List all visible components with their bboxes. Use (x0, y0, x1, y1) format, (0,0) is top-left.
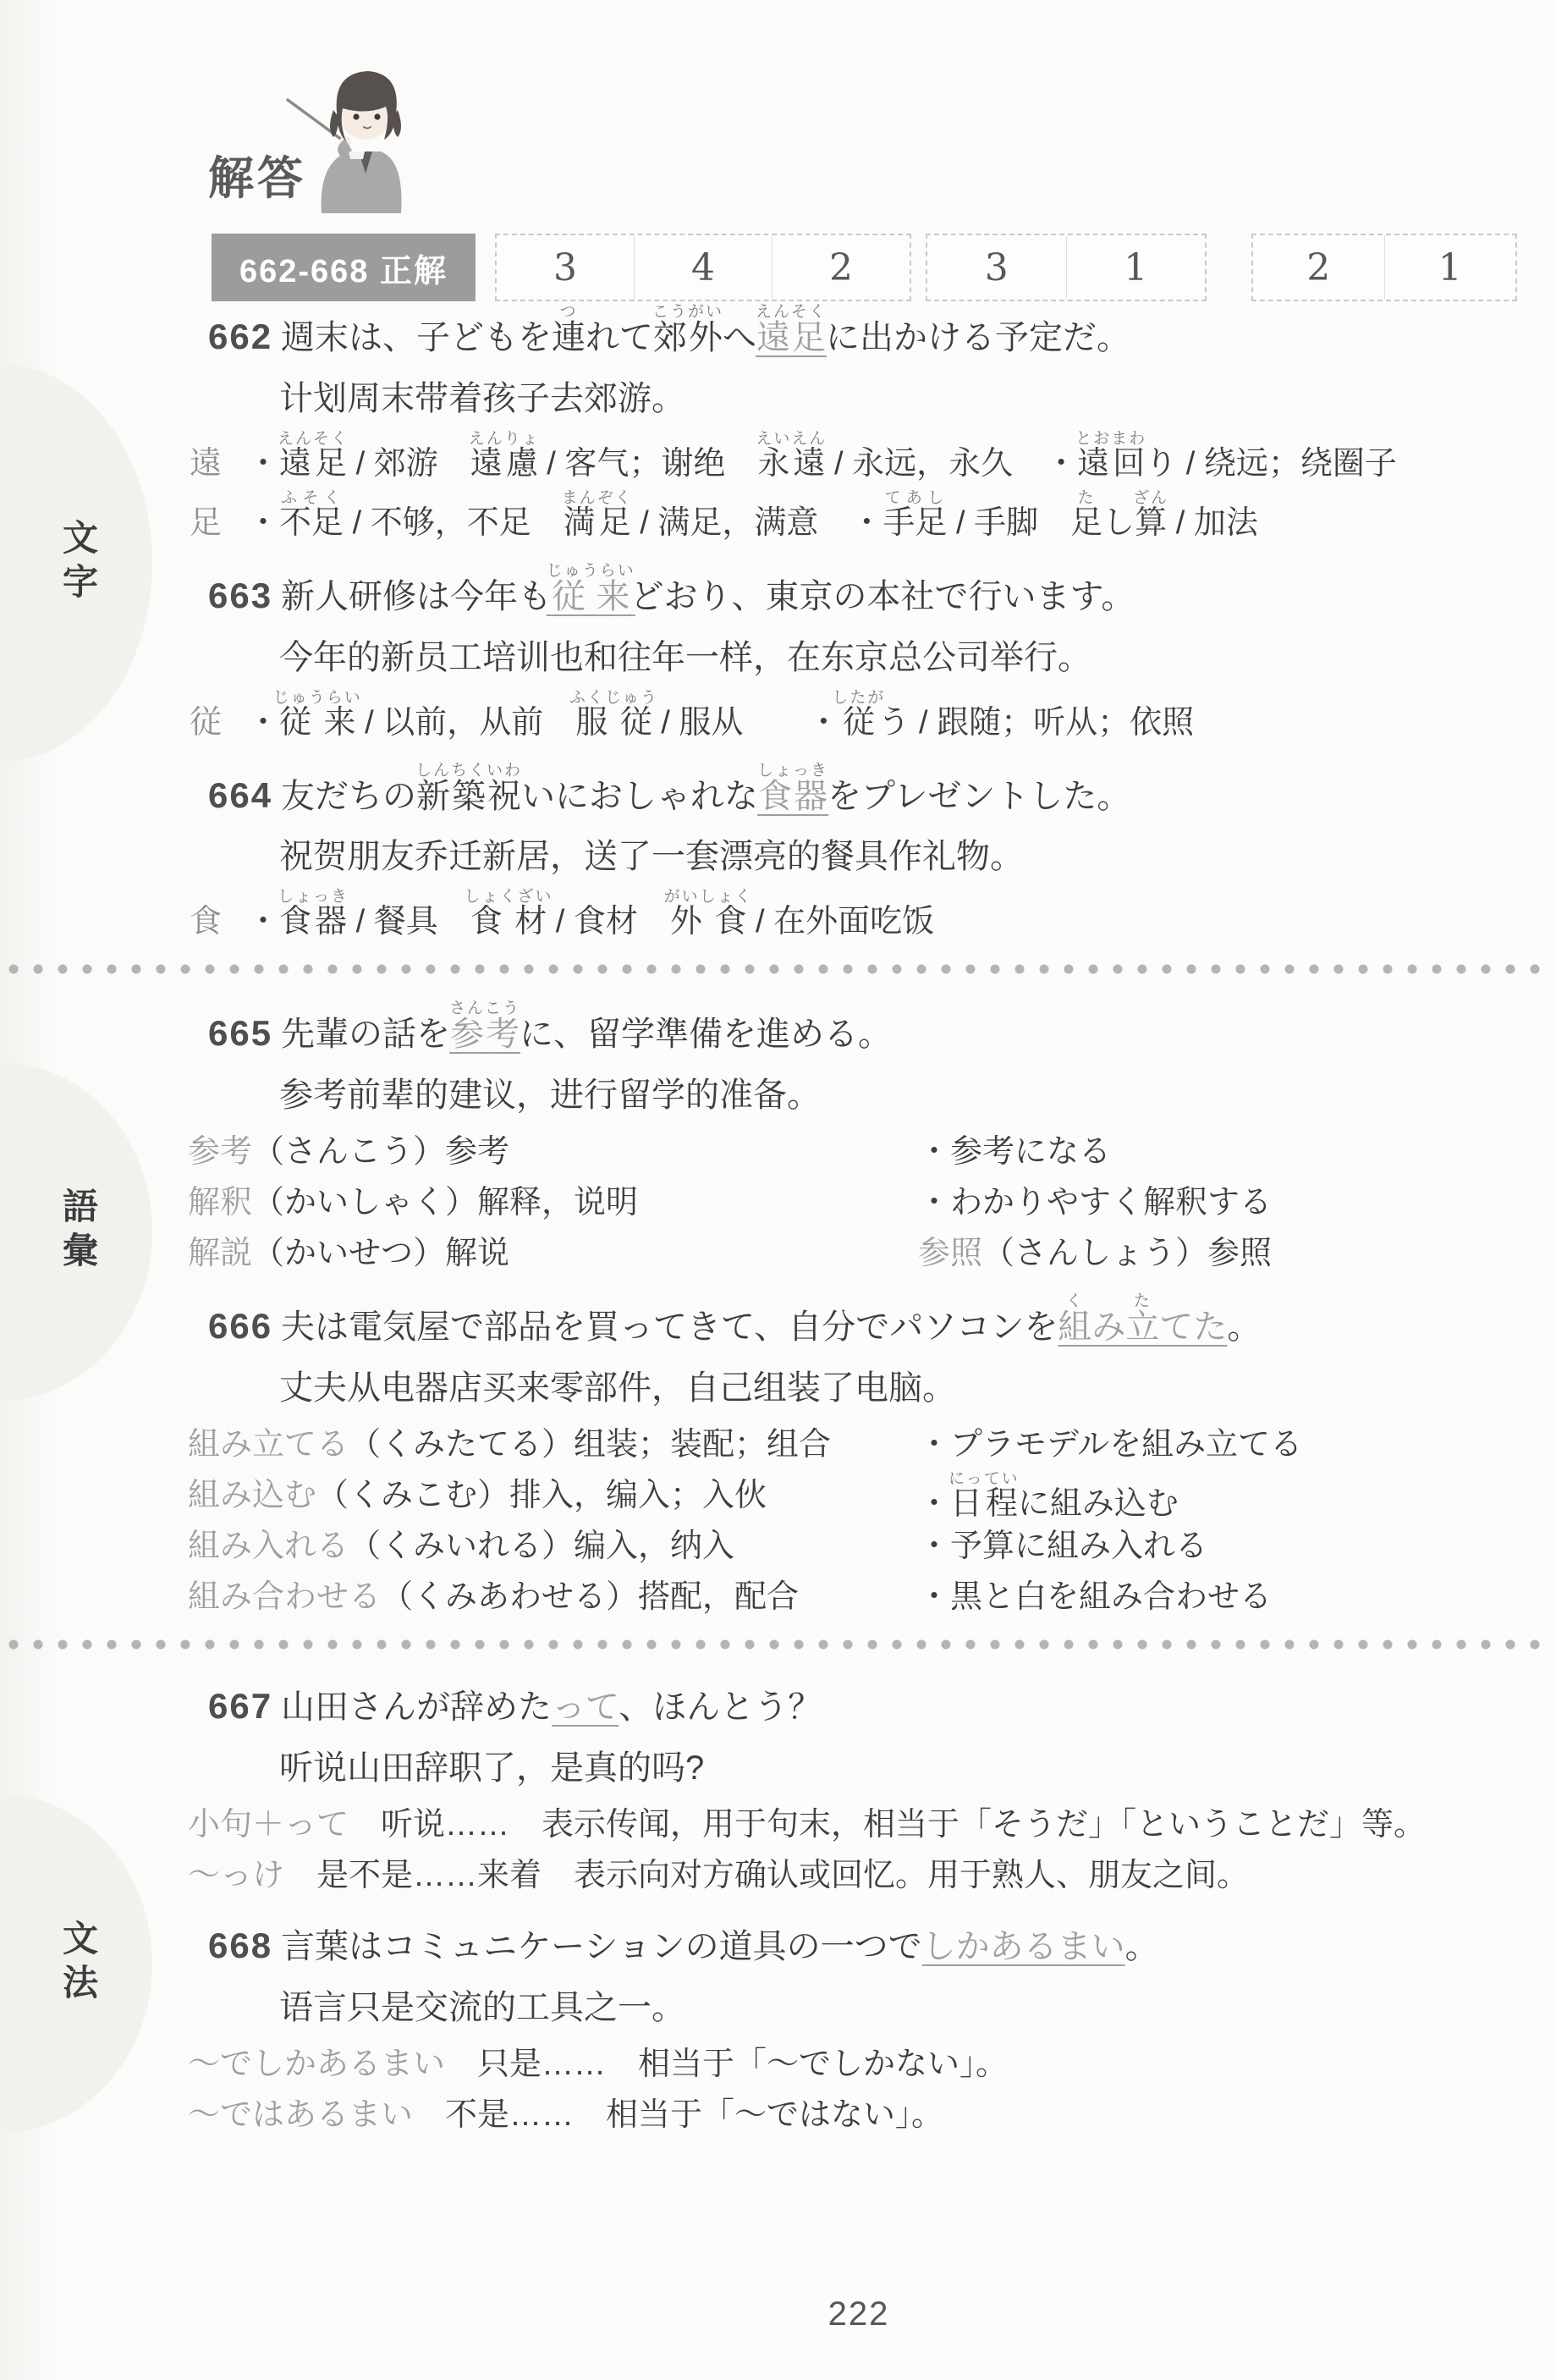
translation-line: 参考前辈的建议，进行留学的准备。 (0, 1074, 1556, 1116)
ruby-word: 従来じゅうらい (279, 705, 356, 741)
text-segment: う / 跟随；听从；依照 (877, 705, 1194, 741)
answer-word: 食器しょっき (758, 778, 827, 815)
vocab-head-char: 食 (190, 896, 222, 947)
text-segment: （くみいれる）编入，纳入 (349, 1529, 734, 1564)
text-segment: 听说…… 表示传闻，用于句末，相当于「そうだ」「ということだ」等。 (349, 1807, 1426, 1843)
answer-word: 従来じゅうらい (552, 578, 630, 615)
text-segment: れて (586, 319, 653, 356)
dotted-separator (8, 1639, 1544, 1650)
answer-cell: 2 (1253, 235, 1384, 300)
ruby-word: 満足まんぞく (564, 505, 631, 541)
vocab-row: 組み立てる（くみたてる）组装；装配；组合・プラモデルを組み立てる (0, 1419, 1556, 1470)
text-segment: 山田さんが辞めた (281, 1689, 552, 1726)
text-segment: / 加法 (1167, 505, 1258, 541)
ruby-word: 郊外こうがい (653, 319, 723, 356)
question-number: 668 (208, 1914, 281, 1978)
vocab-row: 〜ではあるまい 不是…… 相当于「〜ではない」。 (0, 2090, 1556, 2140)
ruby-word: 日程にってい (950, 1486, 1018, 1522)
text-segment: （さんしょう）参照 (982, 1236, 1272, 1271)
ruby-word: 新築祝しんちくいわ (416, 778, 521, 815)
text-segment: / 餐具 (347, 904, 470, 939)
text-segment: 週末は、子どもを (281, 319, 552, 356)
vocab-items: ・食器しょっき / 餐具 食材しょくざい / 食材 外食がいしょく / 在外面吃… (247, 904, 934, 939)
text-segment: ・わかりやすく解釈する (918, 1185, 1272, 1220)
vocab-items: 〜ではあるまい 不是…… 相当于「〜ではない」。 (188, 2097, 943, 2133)
answer-word: って (552, 1689, 619, 1726)
ruby-word: 連つ (552, 319, 586, 356)
text-segment: 〜ではあるまい (188, 2097, 413, 2133)
question-666: 666夫は電気屋で部品を買ってきて、自分でパソコンを組くみ立たてた。丈夫从电器店… (0, 1292, 1556, 1622)
vocab-items: 参考（さんこう）参考 (188, 1134, 509, 1170)
vocab-row: 組み入れる（くみいれる）编入，纳入・予算に組み入れる (0, 1521, 1556, 1572)
question-662: 662週末は、子どもを連つれて郊外こうがいへ遠足えんそくに出かける予定だ。计划周… (0, 303, 1556, 548)
ruby-word: 従したが (839, 705, 877, 741)
vocab-row: 〜でしかあるまい 只是…… 相当于「〜でしかない」。 (0, 2039, 1556, 2090)
answer-cell: 3 (927, 235, 1066, 300)
vocab-items: 解説（かいせつ）解说 (188, 1236, 509, 1271)
ruby-word: 永遠えいえん (757, 446, 825, 482)
text-segment: / 不够，不足 (344, 505, 564, 541)
text-segment: 、ほんとう？ (619, 1689, 822, 1726)
question-number: 664 (208, 764, 281, 828)
ruby-word: 算ざん (1135, 505, 1167, 541)
text-segment: / 满足，满意 ・ (631, 505, 883, 541)
vocab-row: 遠・遠足えんそく / 郊游 遠慮えんりょ / 客气；谢绝 永遠えいえん / 永远… (0, 430, 1556, 489)
page-number: 222 (795, 2295, 922, 2333)
vocab-row: 参考（さんこう）参考・参考になる (0, 1127, 1556, 1177)
question-number: 663 (208, 565, 281, 628)
vocab-row: 小句＋って 听说…… 表示传闻，用于句末，相当于「そうだ」「ということだ」等。 (0, 1799, 1556, 1850)
text-segment: 解説 (188, 1236, 252, 1271)
text-segment: 〜でしかあるまい (188, 2047, 445, 2082)
vocab-row: 解説（かいせつ）解说参照（さんしょう）参照 (0, 1228, 1556, 1279)
text-segment: / 以前，从前 (356, 705, 576, 741)
text-segment: 参照 (918, 1236, 982, 1271)
vocab-items-right: ・わかりやすく解釈する (918, 1177, 1272, 1228)
vocab-items-right: ・プラモデルを組み立てる (918, 1419, 1302, 1470)
ruby-word: 遠足えんそく (279, 446, 347, 482)
answer-cell: 3 (497, 235, 634, 300)
text-segment: （かいせつ）解说 (252, 1236, 509, 1271)
content-column: 662週末は、子どもを連つれて郊外こうがいへ遠足えんそくに出かける予定だ。计划周… (0, 303, 1556, 2154)
vocab-row: 組み込む（くみこむ）排入，编入；入伙・日程にっていに組み込む (0, 1470, 1556, 1521)
text-segment: （くみこむ）排入，编入；入伙 (316, 1478, 767, 1513)
vocab-items: ・不足ふそく / 不够，不足 満足まんぞく / 满足，满意 ・手足てあし / 手… (247, 505, 1258, 541)
ruby-word: 遠回とおまわ (1077, 446, 1145, 482)
question-number: 662 (208, 306, 281, 369)
text-segment: に組み込む (1018, 1486, 1179, 1522)
answer-cell: 1 (1066, 235, 1206, 300)
answer-word: み (1091, 1308, 1125, 1346)
ruby-word: 遠慮えんりょ (470, 446, 538, 482)
text-segment: いにおしゃれな (521, 778, 758, 815)
question-sentence: 663新人研修は今年も従来じゅうらいどおり、東京の本社で行います。 (0, 562, 1556, 628)
question-sentence: 668言葉はコミュニケーションの道具の一つでしかあるまい。 (0, 1914, 1556, 1978)
translation-line: 计划周末带着孩子去郊游。 (0, 377, 1556, 420)
translation-line: 语言只是交流的工具之一。 (0, 1986, 1556, 2029)
text-segment: し (1102, 505, 1135, 541)
text-segment: ・参考になる (918, 1134, 1111, 1170)
translation-line: 祝贺朋友乔迁新居，送了一套漂亮的餐具作礼物。 (0, 835, 1556, 878)
question-sentence: 667山田さんが辞めたって、ほんとう？ (0, 1675, 1556, 1738)
text-segment: / 永远，永久 ・ (825, 446, 1077, 482)
text-segment: どおり、東京の本社で行います。 (630, 578, 1135, 615)
vocab-items-right: 参照（さんしょう）参照 (918, 1228, 1272, 1279)
text-segment: 組み入れる (188, 1529, 349, 1564)
text-segment: 只是…… 相当于「〜でしかない」。 (445, 2047, 1008, 2082)
text-segment: 小句＋って (188, 1807, 349, 1843)
ruby-word: 食器しょっき (279, 904, 347, 939)
text-segment: （くみあわせる）搭配，配合 (381, 1579, 799, 1615)
answer-word: しかあるまい (922, 1928, 1125, 1965)
text-segment: に出かける予定だ。 (826, 319, 1130, 356)
text-segment: 組み合わせる (188, 1579, 381, 1615)
vocab-row: 組み合わせる（くみあわせる）搭配，配合・黒と白を組み合わせる (0, 1572, 1556, 1622)
vocab-items: 小句＋って 听说…… 表示传闻，用于句末，相当于「そうだ」「ということだ」等。 (188, 1807, 1426, 1843)
answer-cell: 2 (772, 235, 910, 300)
vocab-head-char: 従 (190, 697, 222, 748)
question-number: 666 (208, 1295, 281, 1358)
text-segment: / 食材 (547, 904, 670, 939)
text-segment: / 客气；谢绝 (538, 446, 758, 482)
text-segment: / 郊游 (347, 446, 470, 482)
question-664: 664友だちの新築祝しんちくいわいにおしゃれな食器しょっきをプレゼントした。祝贺… (0, 762, 1556, 948)
question-668: 668言葉はコミュニケーションの道具の一つでしかあるまい。语言只是交流的工具之一… (0, 1914, 1556, 2140)
text-segment: 先輩の話を (281, 1016, 450, 1053)
ruby-word: 手足てあし (882, 505, 947, 541)
translation-line: 听说山田辞职了，是真的吗? (0, 1747, 1556, 1789)
question-sentence: 664友だちの新築祝しんちくいわいにおしゃれな食器しょっきをプレゼントした。 (0, 762, 1556, 828)
answer-word: てた (1159, 1308, 1227, 1346)
text-segment: 。 (1227, 1308, 1261, 1346)
question-sentence: 662週末は、子どもを連つれて郊外こうがいへ遠足えんそくに出かける予定だ。 (0, 303, 1556, 369)
text-segment: / 服从 ・ (652, 705, 840, 741)
text-segment: ・プラモデルを組み立てる (918, 1427, 1302, 1463)
answer-word: 参考さんこう (450, 1016, 520, 1053)
answer-cell: 1 (1384, 235, 1516, 300)
vocab-row: 従・従来じゅうらい / 以前，从前 服従ふくじゅう / 服从 ・従したがう / … (0, 689, 1556, 748)
translation-line: 今年的新员工培训也和往年一样，在东京总公司举行。 (0, 636, 1556, 679)
text-segment: ・ (247, 505, 279, 541)
text-segment: （さんこう）参考 (252, 1134, 509, 1170)
vocab-items-right: ・参考になる (918, 1127, 1111, 1177)
answer-group: 21 (1251, 234, 1517, 301)
vocab-row: 〜っけ 是不是……来着 表示向对方确认或回忆。用于熟人、朋友之间。 (0, 1850, 1556, 1901)
text-segment: ・ (918, 1486, 950, 1522)
vocab-head-char: 遠 (190, 438, 222, 489)
vocab-head-char: 足 (190, 498, 222, 548)
text-segment: / 在外面吃饭 (746, 904, 934, 939)
vocab-items: 組み立てる（くみたてる）组装；装配；组合 (188, 1427, 831, 1463)
text-segment: （かいしゃく）解释，说明 (252, 1185, 638, 1220)
teacher-girl-illustration (281, 56, 426, 213)
text-segment: をプレゼントした。 (827, 778, 1130, 815)
ruby-word: 不足ふそく (279, 505, 344, 541)
ruby-word: 食材しょくざい (470, 904, 547, 939)
vocab-row: 食・食器しょっき / 餐具 食材しょくざい / 食材 外食がいしょく / 在外面… (0, 888, 1556, 947)
ruby-word: 足た (1070, 505, 1102, 541)
question-663: 663新人研修は今年も従来じゅうらいどおり、東京の本社で行います。今年的新员工培… (0, 562, 1556, 748)
text-segment: 是不是……来着 表示向对方确认或回忆。用于熟人、朋友之间。 (284, 1858, 1249, 1893)
vocab-items: 〜っけ 是不是……来着 表示向对方确认或回忆。用于熟人、朋友之间。 (188, 1858, 1249, 1893)
answer-cell: 4 (634, 235, 772, 300)
text-segment: 組み込む (188, 1478, 316, 1513)
answer-word: 遠足えんそく (756, 319, 826, 356)
vocab-row: 解釈（かいしゃく）解释，说明・わかりやすく解釈する (0, 1177, 1556, 1228)
ruby-word: 服従ふくじゅう (575, 705, 652, 741)
answer-group: 31 (926, 234, 1207, 301)
question-sentence: 665先輩の話を参考さんこうに、留学準備を進める。 (0, 1000, 1556, 1066)
vocab-items-right: ・黒と白を組み合わせる (918, 1572, 1272, 1622)
vocab-items: 組み入れる（くみいれる）编入，纳入 (188, 1529, 734, 1564)
vocab-items: ・遠足えんそく / 郊游 遠慮えんりょ / 客气；谢绝 永遠えいえん / 永远，… (247, 446, 1397, 482)
text-segment: に、留学準備を進める。 (520, 1016, 892, 1053)
text-segment: 〜っけ (188, 1858, 284, 1893)
text-segment: 。 (1125, 1928, 1159, 1965)
answer-word: 組く (1058, 1308, 1091, 1346)
vocab-row: 足・不足ふそく / 不够，不足 満足まんぞく / 满足，满意 ・手足てあし / … (0, 489, 1556, 548)
text-segment: ・ (247, 904, 279, 939)
translation-line: 丈夫从电器店买来零部件，自己组装了电脑。 (0, 1367, 1556, 1409)
text-segment: 不是…… 相当于「〜ではない」。 (413, 2097, 943, 2133)
vocab-items: 〜でしかあるまい 只是…… 相当于「〜でしかない」。 (188, 2047, 1008, 2082)
text-segment: 夫は電気屋で部品を買ってきて、自分でパソコンを (281, 1308, 1058, 1346)
vocab-items: 解釈（かいしゃく）解释，说明 (188, 1185, 638, 1220)
vocab-items: 組み合わせる（くみあわせる）搭配，配合 (188, 1579, 799, 1615)
question-number: 665 (208, 1002, 281, 1066)
text-segment: 解釈 (188, 1185, 252, 1220)
text-segment: 新人研修は今年も (281, 578, 552, 615)
answer-groups: 3423121 (0, 234, 1556, 301)
text-segment: 組み立てる (188, 1427, 349, 1463)
question-sentence: 666夫は電気屋で部品を買ってきて、自分でパソコンを組くみ立たてた。 (0, 1292, 1556, 1358)
text-segment: り / 绕远；绕圈子 (1145, 446, 1397, 482)
answer-group: 342 (495, 234, 911, 301)
text-segment: 友だちの (281, 778, 416, 815)
vocab-items: ・従来じゅうらい / 以前，从前 服従ふくじゅう / 服从 ・従したがう / 跟… (247, 705, 1194, 741)
ruby-word: 外食がいしょく (670, 904, 747, 939)
question-665: 665先輩の話を参考さんこうに、留学準備を進める。参考前辈的建议，进行留学的准备… (0, 1000, 1556, 1279)
text-segment: / 手脚 (947, 505, 1070, 541)
question-number: 667 (208, 1675, 281, 1738)
answer-word: 立た (1125, 1308, 1159, 1346)
textbook-answer-page: { "header": { "title": "解答", "mascot": "… (0, 0, 1556, 2380)
text-segment: へ (723, 319, 756, 356)
text-segment: （くみたてる）组装；装配；组合 (349, 1427, 831, 1463)
dotted-separator (8, 964, 1544, 974)
text-segment: 言葉はコミュニケーションの道具の一つで (281, 1928, 922, 1965)
text-segment: ・黒と白を組み合わせる (918, 1579, 1272, 1615)
vocab-items-right: ・予算に組み入れる (918, 1521, 1207, 1572)
text-segment: ・ (247, 446, 279, 482)
text-segment: 参考 (188, 1134, 252, 1170)
question-667: 667山田さんが辞めたって、ほんとう？听说山田辞职了，是真的吗?小句＋って 听说… (0, 1675, 1556, 1901)
vocab-items: 組み込む（くみこむ）排入，编入；入伙 (188, 1478, 767, 1513)
text-segment: ・予算に組み入れる (918, 1529, 1207, 1564)
